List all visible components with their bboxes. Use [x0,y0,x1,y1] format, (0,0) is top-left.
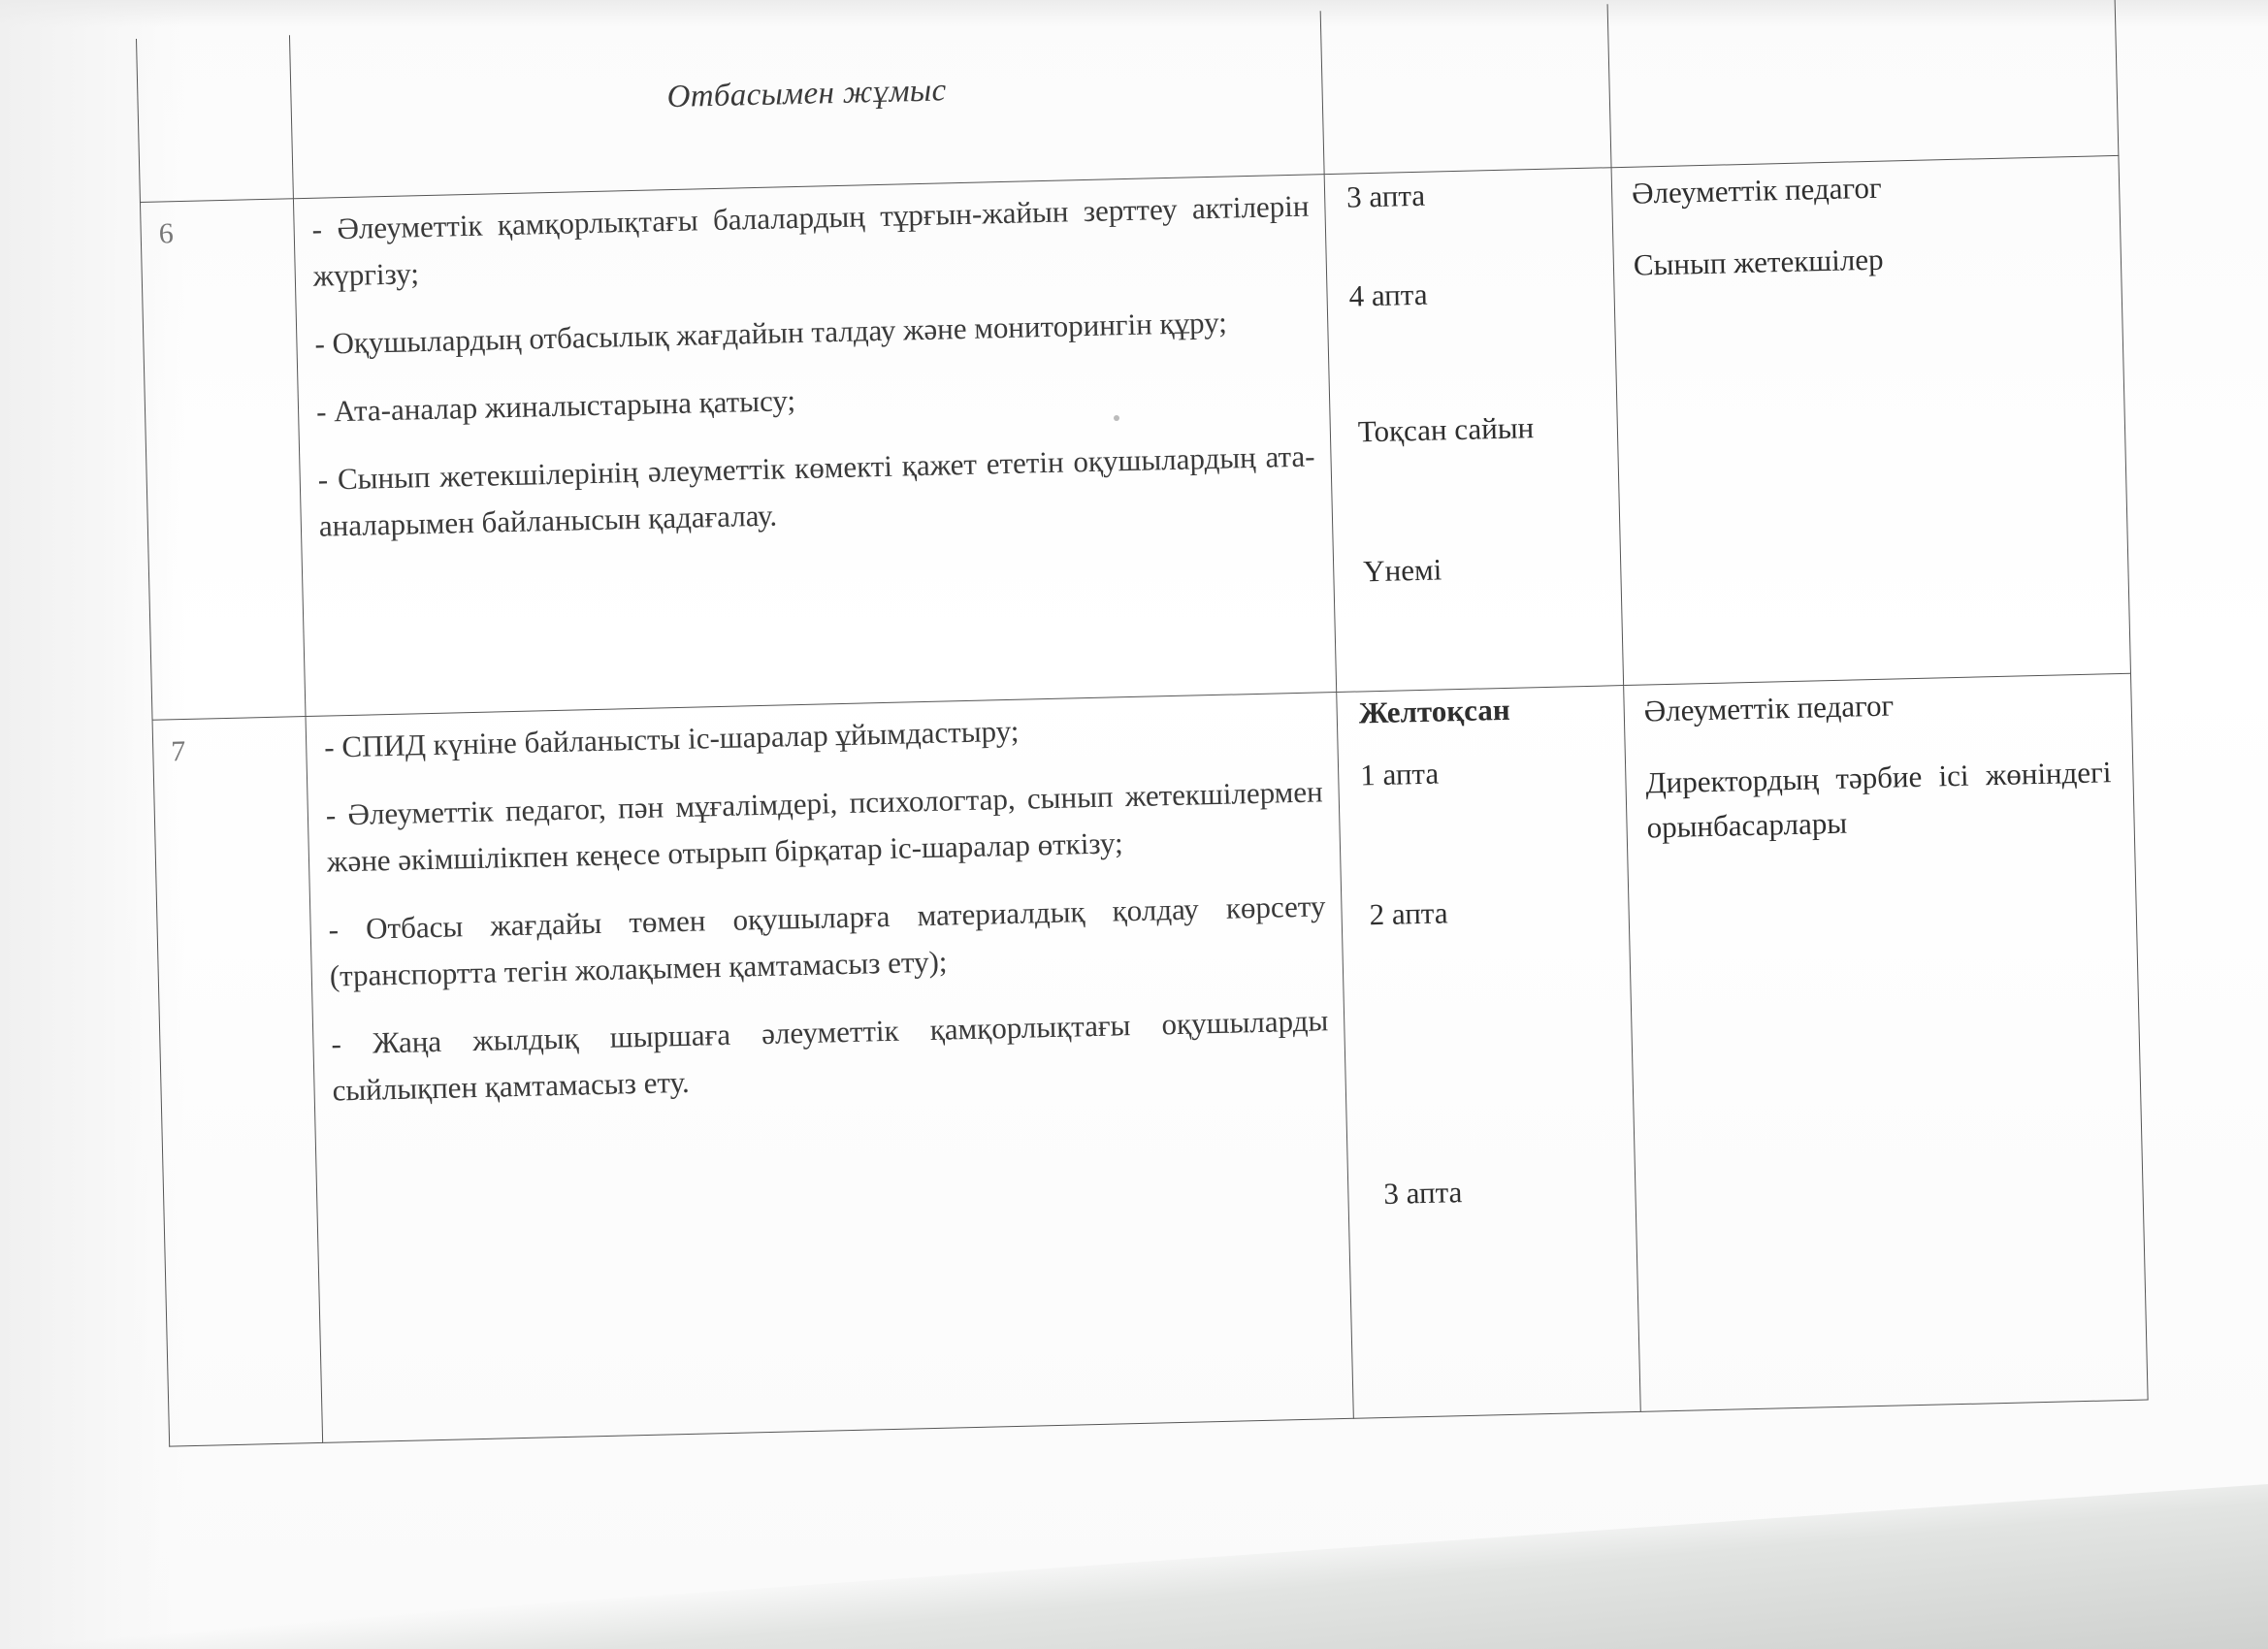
section-title: Отбасымен жұмыс [290,11,1323,178]
activity-item: - Әлеуметтік қамқорлықтағы балалардың тұ… [311,183,1311,300]
timing-entry: 1 апта [1360,757,1440,793]
work-plan-table: Отбасымен жұмыс 6 - Әлеуметтік қамқорлық… [136,0,2149,1447]
responsible-person: Сынып жетекшілер [1633,232,2099,287]
activity-item: - Ата-аналар жиналыстарына қатысу; [316,366,1314,436]
activity-item: - Оқушылардың отбасылық жағдайын талдау … [314,298,1312,368]
activities-cell: - Әлеуметтік қамқорлықтағы балалардың тұ… [293,175,1336,717]
table-row: 7 - СПИД күніне байланысты іс-шаралар ұй… [152,673,2148,1446]
timing-month: Желтоқсан [1358,693,1510,731]
activity-item: - Отбасы жағдайы төмен оқушыларға матери… [328,883,1327,999]
row-number: 6 [140,199,306,721]
responsible-person: Әлеуметтік педагог [1632,160,2098,215]
section-title-cell: Отбасымен жұмыс [289,11,1324,198]
timing-entry: Үнемі [1363,552,1442,589]
timing-entry: Тоқсан сайын [1357,410,1534,449]
timing-entry: 3 апта [1383,1175,1463,1212]
plan-table-container: Отбасымен жұмыс 6 - Әлеуметтік қамқорлық… [136,0,2149,1447]
row-number: 7 [152,717,323,1447]
section-responsible-cell [1607,0,2119,168]
responsible-cell: Әлеуметтік педагог Директордың тәрбие іс… [1624,673,2149,1411]
activity-item: - Әлеуметтік педагог, пән мұғалімдері, п… [325,768,1324,885]
timing-cell: Желтоқсан 1 апта 2 апта 3 апта [1337,686,1641,1419]
timing-entry: 3 апта [1346,178,1426,215]
scan-speck [1114,415,1119,421]
responsible-person: Әлеуметтік педагог [1643,678,2110,733]
timing-entry: 4 апта [1348,277,1428,314]
timing-entry: 2 апта [1369,895,1448,932]
timing-cell: 3 апта 4 апта Тоқсан сайын Үнемі [1324,168,1623,693]
responsible-person: Директордың тәрбие ісі жөніндегі орынбас… [1645,750,2113,850]
activity-item: - Сынып жетекшілерінің әлеуметтік көмект… [317,433,1316,549]
responsible-cell: Әлеуметтік педагог Сынып жетекшілер [1611,155,2130,685]
section-timing-cell [1320,4,1611,174]
activity-item: - Жаңа жылдық шыршаға әлеуметтік қамқорл… [331,997,1330,1114]
table-row: 6 - Әлеуметтік қамқорлықтағы балалардың … [140,155,2130,720]
activities-cell: - СПИД күніне байланысты іс-шаралар ұйым… [306,693,1353,1443]
section-number-cell [136,35,293,202]
